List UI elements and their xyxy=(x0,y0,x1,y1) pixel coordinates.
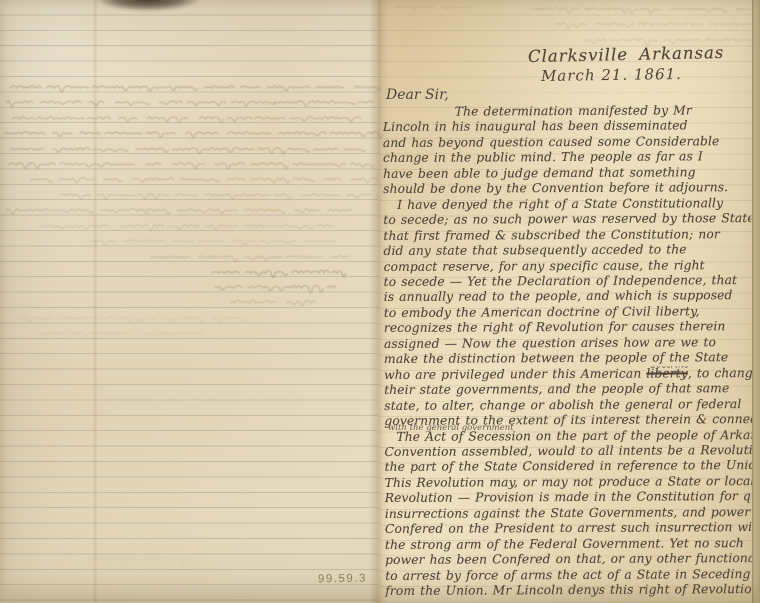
inserted-word: doctrine xyxy=(650,366,689,374)
salutation: Dear Sir, xyxy=(386,87,449,103)
date-line: March 21. 1861. xyxy=(541,65,682,85)
manuscript-scan: Clarksville Arkansas March 21. 1861. Dea… xyxy=(0,0,760,603)
letter-line: Revolution — Provision is made in the Co… xyxy=(385,489,752,506)
right-page-recto: Clarksville Arkansas March 21. 1861. Dea… xyxy=(378,0,752,603)
letter-line: from the Union. Mr Lincoln denys this ri… xyxy=(385,582,752,599)
letter-line: their state governments, and the people … xyxy=(384,381,752,398)
interline-insertion: with the general government xyxy=(388,423,514,433)
letter-line: should be done by the Convention before … xyxy=(383,180,751,197)
letter-line: is annually read to the people, and whic… xyxy=(384,288,752,305)
catalog-number: 99.59.3 xyxy=(318,573,367,586)
letter-line: Confered on the President to arrest such… xyxy=(385,520,752,537)
paragraph: The Act of Secession on the part of the … xyxy=(384,428,752,600)
letter-body: The determination manifested by MrLincol… xyxy=(383,103,752,599)
paper-edge xyxy=(752,0,760,603)
paragraph: I have denyed the right of a State Const… xyxy=(383,196,752,430)
paragraph: The determination manifested by MrLincol… xyxy=(383,103,751,198)
letter-line: to secede; as no such power was reserved… xyxy=(383,211,751,228)
letter-line: power has been Confered on that, or any … xyxy=(385,551,752,568)
letter-line: recognizes the right of Revolution for c… xyxy=(384,319,752,336)
letter-line: that first framed & subscribed the Const… xyxy=(383,227,751,244)
letter-line: make the distinction between the people … xyxy=(384,350,752,367)
letter-line: the part of the State Considered in refe… xyxy=(385,458,752,475)
left-page-verso xyxy=(0,0,378,603)
place-line: Clarksville Arkansas xyxy=(528,43,725,66)
letter-line: change in the public mind. The people as… xyxy=(383,149,751,166)
